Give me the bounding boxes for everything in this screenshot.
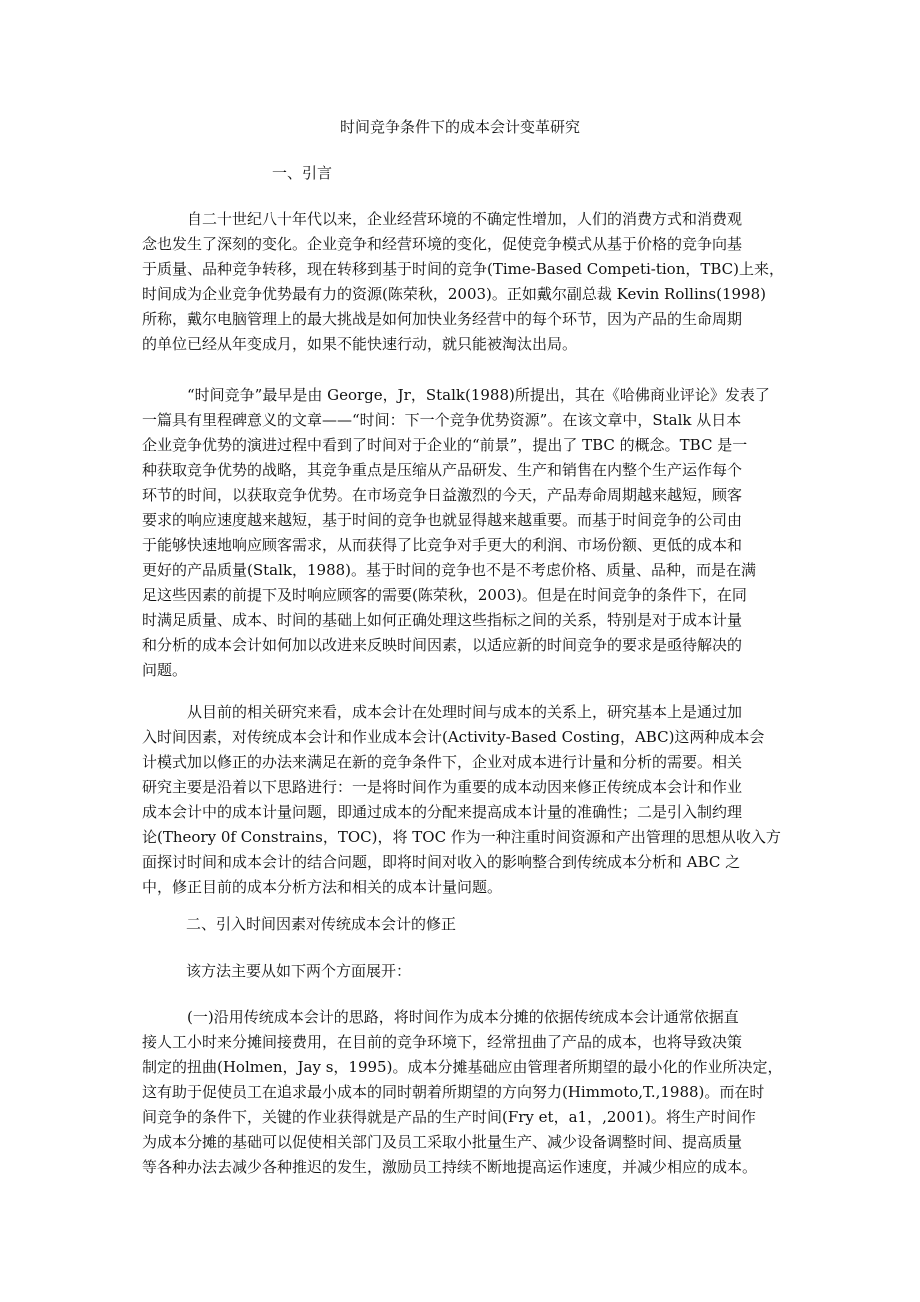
section-heading-traditional-cost-accounting: 二、引入时间因素对传统成本会计的修正 [186,913,456,935]
paragraph-line: 计模式加以修正的办法来满足在新的竞争条件下，企业对成本进行计量和分析的需要。相关 [142,750,776,775]
paragraph-line: 环节的时间，以获取竞争优势。在市场竞争日益激烈的今天，产品寿命周期越来越短，顾客 [142,483,776,508]
paragraph-line: 面探讨时间和成本会计的结合问题，即将时间对收入的影响整合到传统成本分析和 ABC… [142,850,776,875]
paragraph-line: 企业竞争优势的演进过程中看到了时间对于企业的“前景”，提出了 TBC 的概念。T… [142,433,776,458]
paragraph-line: 中，修正目前的成本分析方法和相关的成本计量问题。 [142,875,776,900]
paragraph-line: 这有助于促使员工在追求最小成本的同时朝着所期望的方向努力(Himmoto,T.,… [142,1080,776,1105]
paragraph-4: (一)沿用传统成本会计的思路，将时间作为成本分摊的依据传统成本会计通常依据直 接… [142,1005,776,1180]
paragraph-line: 间竞争的条件下，关键的作业获得就是产品的生产时间(Fry et，a1，,2001… [142,1105,776,1130]
paragraph-line: (一)沿用传统成本会计的思路，将时间作为成本分摊的依据传统成本会计通常依据直 [142,1005,776,1030]
paragraph-line: 所称，戴尔电脑管理上的最大挑战是如何加快业务经营中的每个环节，因为产品的生命周期 [142,307,776,332]
paragraph-line: 从目前的相关研究来看，成本会计在处理时间与成本的关系上，研究基本上是通过加 [142,700,776,725]
paragraph-line: 时满足质量、成本、时间的基础上如何正确处理这些指标之间的关系，特别是对于成本计量 [142,608,776,633]
paragraph-line: 等各种办法去减少各种推迟的发生，激励员工持续不断地提高运作速度，并减少相应的成本… [142,1155,776,1180]
paragraph-line: 研究主要是沿着以下思路进行：一是将时间作为重要的成本动因来修正传统成本会计和作业 [142,775,776,800]
paragraph-line: 一篇具有里程碑意义的文章——“时间：下一个竞争优势资源”。在该文章中，Stalk… [142,408,776,433]
paragraph-line: 种获取竞争优势的战略，其竞争重点是压缩从产品研发、生产和销售在内整个生产运作每个 [142,458,776,483]
paragraph-line: 成本会计中的成本计量问题，即通过成本的分配来提高成本计量的准确性；二是引入制约理 [142,800,776,825]
paragraph-line: 要求的响应速度越来越短，基于时间的竞争也就显得越来越重要。而基于时间竞争的公司由 [142,508,776,533]
paragraph-line: “时间竞争”最早是由 George，Jr，Stalk(1988)所提出，其在《哈… [142,383,776,408]
document-title: 时间竞争条件下的成本会计变革研究 [0,116,920,138]
paragraph-line: 论(Theory 0f Constrains，TOC)，将 TOC 作为一种注重… [142,825,776,850]
paragraph-line: 更好的产品质量(Stalk，1988)。基于时间的竞争也不是不考虑价格、质量、品… [142,558,776,583]
document-page: 时间竞争条件下的成本会计变革研究 一、引言 自二十世纪八十年代以来，企业经营环境… [0,0,920,1302]
paragraph-line: 时间成为企业竞争优势最有力的资源(陈荣秋，2003)。正如戴尔副总裁 Kevin… [142,282,776,307]
paragraph-line: 的单位已经从年变成月，如果不能快速行动，就只能被淘汰出局。 [142,332,776,357]
paragraph-line: 问题。 [142,658,776,683]
paragraph-line: 念也发生了深刻的变化。企业竞争和经营环境的变化，促使竞争模式从基于价格的竞争向基 [142,232,776,257]
paragraph-line: 制定的扭曲(Holmen，Jay s，1995)。成本分摊基础应由管理者所期望的… [142,1055,776,1080]
paragraph-line: 自二十世纪八十年代以来，企业经营环境的不确定性增加，人们的消费方式和消费观 [142,207,776,232]
paragraph-line: 于质量、品种竞争转移，现在转移到基于时间的竞争(Time-Based Compe… [142,257,776,282]
section-intro: 该方法主要从如下两个方面展开： [186,960,411,982]
paragraph-1: 自二十世纪八十年代以来，企业经营环境的不确定性增加，人们的消费方式和消费观 念也… [142,207,776,357]
paragraph-line: 接人工小时来分摊间接费用，在目前的竞争环境下，经常扭曲了产品的成本，也将导致决策 [142,1030,776,1055]
paragraph-3: 从目前的相关研究来看，成本会计在处理时间与成本的关系上，研究基本上是通过加 入时… [142,700,776,900]
paragraph-line: 足这些因素的前提下及时响应顾客的需要(陈荣秋，2003)。但是在时间竞争的条件下… [142,583,776,608]
paragraph-2: “时间竞争”最早是由 George，Jr，Stalk(1988)所提出，其在《哈… [142,383,776,683]
paragraph-line: 为成本分摊的基础可以促使相关部门及员工采取小批量生产、减少设备调整时间、提高质量 [142,1130,776,1155]
paragraph-line: 和分析的成本会计如何加以改进来反映时间因素，以适应新的时间竞争的要求是亟待解决的 [142,633,776,658]
paragraph-line: 于能够快速地响应顾客需求，从而获得了比竞争对手更大的利润、市场份额、更低的成本和 [142,533,776,558]
section-heading-introduction: 一、引言 [272,162,332,184]
paragraph-line: 入时间因素，对传统成本会计和作业成本会计(Activity-Based Cost… [142,725,776,750]
